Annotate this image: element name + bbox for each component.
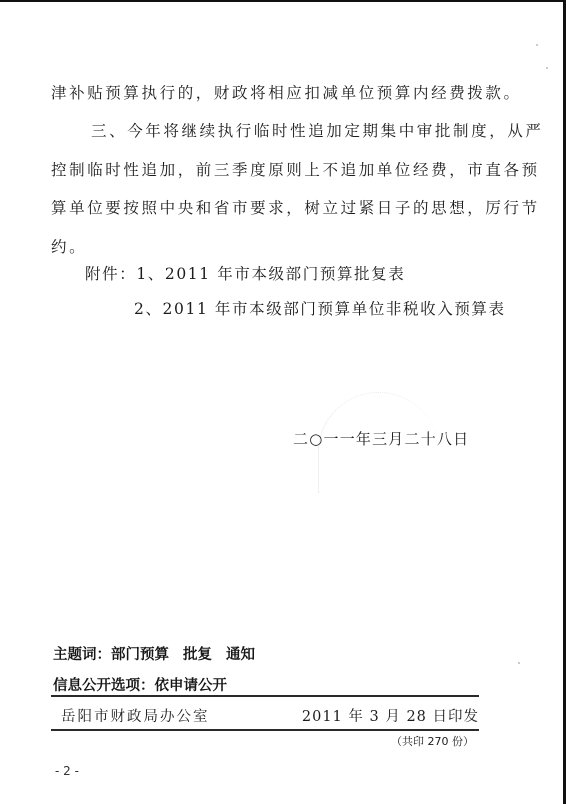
attachments-label: 附件： bbox=[85, 265, 136, 283]
scan-speck bbox=[518, 662, 520, 664]
body-line: 约。 bbox=[51, 235, 87, 257]
divider-rule bbox=[51, 729, 479, 731]
body-line: 津补贴预算执行的，财政将相应扣减单位预算内经费拨款。 bbox=[51, 81, 522, 103]
body-line: 三、今年将继续执行临时性追加定期集中审批制度，从严 bbox=[91, 119, 544, 141]
disclosure-option: 信息公开选项：依申请公开 bbox=[53, 674, 227, 695]
keyword: 通知 bbox=[226, 647, 255, 663]
page-border-top bbox=[0, 0, 566, 2]
body-line: 控制临时性追加，前三季度原则上不追加单位经费，市直各预 bbox=[51, 158, 540, 180]
attachment-item-1: 附件：1、2011 年市本级部门预算批复表 bbox=[85, 262, 405, 284]
disclosure-label: 信息公开选项： bbox=[53, 678, 155, 694]
body-line: 算单位要按照中央和省市要求，树立过紧日子的思想，厉行节 bbox=[51, 196, 540, 218]
page-number: - 2 - bbox=[55, 764, 79, 778]
attachment-text: 1、2011 年市本级部门预算批复表 bbox=[136, 265, 405, 283]
issuing-office: 岳阳市财政局办公室 bbox=[61, 705, 210, 726]
divider-rule bbox=[51, 695, 479, 697]
scan-speck bbox=[546, 67, 548, 69]
signature-date: 二○一一年三月二十八日 bbox=[293, 428, 469, 449]
attachment-item-2: 2、2011 年市本级部门预算单位非税收入预算表 bbox=[134, 297, 506, 319]
subject-keywords: 主题词：部门预算批复通知 bbox=[53, 643, 269, 664]
scan-speck bbox=[536, 44, 538, 46]
keywords-label: 主题词： bbox=[53, 647, 111, 663]
print-count: （共印 270 份） bbox=[391, 733, 474, 749]
issue-date: 2011 年 3 月 28 日印发 bbox=[302, 705, 479, 726]
keyword: 批复 bbox=[183, 647, 212, 663]
keyword: 部门预算 bbox=[111, 647, 169, 663]
disclosure-value: 依申请公开 bbox=[155, 678, 228, 694]
